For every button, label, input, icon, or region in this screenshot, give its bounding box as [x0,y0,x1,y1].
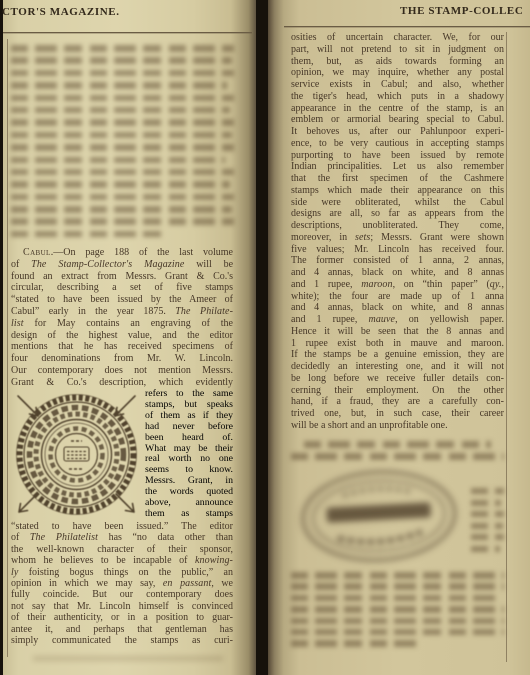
right-header-rule [284,26,530,27]
text-line: antee it, and perhaps that gentleman has [11,624,233,635]
left-page: CTOR'S MAGAZINE. Cabul.—On page 188 of t… [3,0,256,675]
text-line: moreover, in sets; Messrs. Grant were sh… [291,232,504,244]
text-line: part, will not pretend to sit in judgmen… [291,44,504,56]
blurred-line [11,95,234,102]
text-line: design of the highest value, and the edi… [11,330,233,342]
left-header-rule [3,32,252,33]
text-line: list for May contains an engraving of th… [11,318,233,330]
blurred-oval-stamp-row [291,468,504,569]
text-line: emblem or armorial bearing special to Ca… [291,114,504,126]
blurred-line [11,82,227,89]
blurred-line [11,70,234,77]
text-line: of their authenticity, or in a position … [11,612,233,623]
text-line: side were obliterated, whilst the Cabul [291,197,504,209]
text-line: ly foisting bogus things on the public,”… [11,567,233,578]
blurred-line [11,194,234,201]
text-line: “stated to have been issued.” The editor [11,521,233,532]
text-line: Indian principalities. Let us also remem… [291,161,504,173]
text-line: fully coincide. But our contemporary doe… [11,589,233,600]
blurred-line [291,583,504,590]
right-column-text: osities of uncertain character. We, for … [291,32,504,432]
oval-stamp-illustration [296,464,461,573]
text-line: will be a short and an unprofitable one. [291,420,504,432]
text-line: Cabul.—On page 188 of the last volume [11,247,233,259]
text-line: them, but, as aids towards forming an [291,56,504,68]
blurred-line [304,441,491,448]
blurred-line [291,595,498,602]
blurred-line [11,206,232,213]
blurred-line [471,488,504,494]
text-line: mentions that he has received specimens … [11,341,233,353]
text-line: and 4 annas, black on white, and 8 annas [291,302,504,314]
text-line: Grant & Co.'s description, which evident… [11,377,233,389]
text-line: four denominations from Mr. W. Lincoln. [11,353,233,365]
blurred-text-block-top [11,45,234,243]
text-line: found an extract from Messrs. Grant & Co… [11,271,233,283]
text-line: opinion, we may inquire, whether any pos… [291,67,504,79]
blurred-line [11,231,163,238]
text-line: designs are all, so far as appears from … [291,208,504,220]
cabul-stamp-illustration [11,389,142,520]
text-line: the tiger's head, which puts in a shadow… [291,91,504,103]
text-line: white); the four are made up of 1 anna [291,291,504,303]
text-line: cerning their employment. On the other [291,385,504,397]
text-line: “stated to have been issued by the Ameer… [11,294,233,306]
text-line: hand, if a fraud, they are a carefully c… [291,396,504,408]
blurred-line [11,157,225,164]
text-line: purporting to have been issued by remote [291,150,504,162]
text-line: stamps which made their appearance on th… [291,185,504,197]
text-line: five values; Mr. Lincoln has received fo… [291,244,504,256]
text-line: trived one, but, in such case, their car… [291,408,504,420]
blurred-line [291,453,504,460]
text-line: and 1 rupee, maroon, on “thin paper” (qy… [291,279,504,291]
text-line: The former consisted of 1 anna, 2 annas, [291,255,504,267]
text-line: service exists in Cabul; and also, wheth… [291,79,504,91]
text-line: been heard of. [145,433,233,444]
right-page: THE STAMP-COLLEC osities of uncertain ch… [268,0,530,675]
blurred-line [291,572,504,579]
stamp-text-wrap-row: refers to the samestamps, but speaksof t… [11,389,233,520]
text-line: appearance in the centre of the stamp, i… [291,103,504,115]
text-line: whom he believes to be incapable of know… [11,555,233,566]
blurred-line [291,618,504,625]
text-line: osities of uncertain character. We, for … [291,32,504,44]
text-line: the well-known character of their sponso… [11,544,233,555]
cabul-paragraph: Cabul.—On page 188 of the last volumeof … [11,247,233,389]
blurred-line [291,629,504,636]
blurred-line [471,500,501,506]
text-line: ence, to be very cautious in accepting s… [291,138,504,150]
text-line: them as stamps [145,509,233,520]
left-running-header: CTOR'S MAGAZINE. [2,6,120,18]
blurred-line [291,640,423,647]
blurred-line [291,606,504,613]
text-line: of The Philatelist has “no data other th… [11,532,233,543]
text-line: be long before we receive fuller details… [291,373,504,385]
blurred-line [11,169,234,176]
blurred-side-lines [471,488,504,569]
blurred-line [11,57,232,64]
book-scan: CTOR'S MAGAZINE. Cabul.—On page 188 of t… [0,0,530,675]
blurred-line [471,523,503,529]
text-line: decidedly an interesting one, and it wil… [291,361,504,373]
right-running-header: THE STAMP-COLLEC [400,5,523,17]
text-line: opinion in which we may say, en passant,… [11,578,233,589]
blurred-line [11,132,232,139]
text-line: 1 rupee exist both in mauve and maroon. [291,338,504,350]
blurred-text-block-bottom [291,572,504,652]
text-line: If the stamps be a genuine emission, the… [291,349,504,361]
text-line: Our contemporary does not mention Messrs… [11,365,233,377]
text-line: simply communicated the stamps as curi- [11,635,233,646]
faint-blurred-line [33,656,223,661]
blurred-text-block-mid [291,441,504,466]
blurred-line [471,546,500,552]
continuation-paragraph: “stated to have been issued.” The editor… [11,521,233,646]
blurred-line [471,511,504,517]
text-line: and 1 rupee, mauve, on yellowish paper. [291,314,504,326]
blurred-line [11,119,234,126]
blurred-line [11,181,230,188]
blurred-line [11,218,234,225]
blurred-line [11,45,234,52]
text-line: Hence it will be seen that the 8 annas a… [291,326,504,338]
text-line: not say that Mr. Lincoln himself is conv… [11,601,233,612]
text-line: descriptions, unobliterated. They come, [291,220,504,232]
text-line: had never before [145,422,233,433]
blurred-line [471,534,504,540]
text-line: of The Stamp-Collector's Magazine will b… [11,259,233,271]
blurred-line [11,107,230,114]
left-column-rule [7,39,8,657]
text-line: that the first specimen of the Cashmere [291,173,504,185]
text-line: It behoves us, after our Pahlunpoor expe… [291,126,504,138]
text-line: and 4 annas, black on white, and 8 annas [291,267,504,279]
text-line: Cabul” early in the year 1875. The Phila… [11,306,233,318]
blurred-line [11,144,234,151]
right-column-rule [506,32,507,662]
wrapped-text-column: refers to the samestamps, but speaksof t… [145,389,233,520]
text-line: circular, describing a set of five stamp… [11,282,233,294]
